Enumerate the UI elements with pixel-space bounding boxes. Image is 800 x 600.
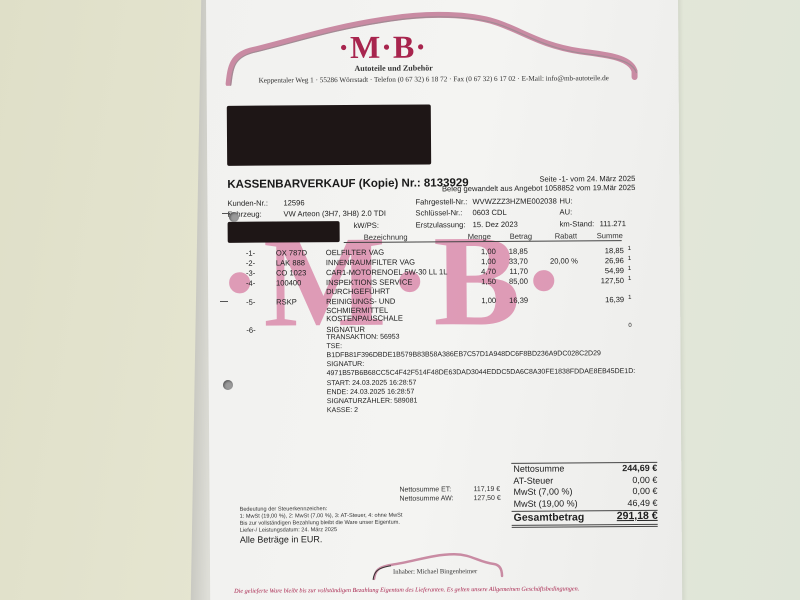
- net-et-label: Nettosumme ET:: [399, 486, 451, 493]
- net-et-value: 117,19 €: [473, 486, 500, 493]
- first-registration: 15. Dez 2023: [473, 220, 518, 229]
- row-tax-code: 1: [628, 256, 631, 262]
- row-description: OELFILTER VAG: [326, 248, 384, 257]
- net-aw-value: 127,50 €: [473, 495, 500, 502]
- grand-total-label: Gesamtbetrag: [514, 511, 585, 523]
- row-total: 54,99: [580, 266, 624, 275]
- total-value: 46,49 €: [627, 497, 657, 507]
- ownership-note: Bis zur vollständigen Bezahlung bleibt d…: [240, 520, 400, 527]
- document-title: KASSENBARVERKAUF (Kopie) Nr.: 8133929: [227, 177, 468, 191]
- row-total: 16,39: [580, 295, 624, 304]
- row-article-number: 100400: [276, 278, 301, 287]
- invoice-paper: ·M·B· Autoteile und Zubehör Keppentaler …: [206, 0, 682, 600]
- row-position: -2-: [246, 259, 255, 268]
- total-value: 244,69 €: [622, 463, 657, 473]
- delivery-date: Liefer-/ Leistungsdatum: 24. März 2025: [240, 527, 337, 534]
- row-description: INNENRAUMFILTER VAG: [326, 258, 415, 268]
- row-price: 33,70: [496, 257, 528, 266]
- grand-total-value: 291,18 €: [617, 510, 658, 522]
- row-quantity: 1,00: [466, 247, 496, 256]
- row-position: -1-: [246, 249, 255, 258]
- row-discount: 20,00 %: [538, 256, 578, 265]
- row-description: DURCHGEFÜHRT: [326, 286, 390, 295]
- row-description: SIGNATUR: [326, 324, 365, 333]
- row-description: CAR1-MOTORENOEL 5W-30 LL 1L: [326, 267, 448, 277]
- row-description: KOSTENPAUSCHALE: [326, 314, 403, 324]
- owner-name: Inhaber: Michael Bingenheimer: [393, 568, 477, 576]
- key-number-label: Schlüssel-Nr.:: [415, 208, 462, 217]
- key-number: 0603 CDL: [472, 208, 506, 217]
- customer-number: 12596: [283, 198, 304, 207]
- col-header-discount: Rabatt: [555, 231, 577, 240]
- row-article-number: LAK 888: [276, 258, 305, 267]
- grand-total-double-rule: [512, 526, 658, 528]
- signature-line: ENDE: 24.03.2025 16:28:57: [327, 388, 415, 396]
- row-tax-code: 1: [628, 246, 631, 252]
- row-position: -3-: [246, 269, 255, 278]
- signature-line: KASSE: 2: [327, 407, 358, 414]
- row-quantity: 4,70: [466, 267, 496, 276]
- row-price: 11,70: [496, 267, 528, 276]
- row-total: 26,96: [580, 256, 624, 265]
- customer-number-label: Kunden-Nr.:: [227, 199, 268, 208]
- redacted-plate: [228, 221, 340, 243]
- signature-line: TSE:: [326, 343, 342, 350]
- row-price: 85,00: [496, 277, 528, 286]
- row-quantity: 1,00: [466, 296, 496, 305]
- vin-label: Fahrgestell-Nr.:: [415, 197, 467, 206]
- row-tax-code: 1: [628, 295, 631, 301]
- row-total: 18,85: [580, 246, 624, 255]
- currency-note: Alle Beträge in EUR.: [240, 534, 323, 545]
- row-quantity: 1,00: [466, 257, 496, 266]
- signature-line: B1DFB81F396DBDE1B579B83B58A386EB7C57D1A9…: [326, 350, 600, 359]
- kwps-label: kW/PS:: [354, 221, 379, 230]
- tax-codes-heading: Bedeutung der Steuerkennzeichen:: [240, 506, 328, 513]
- redacted-customer-address: [227, 104, 431, 165]
- col-header-price: Betrag: [510, 232, 532, 241]
- hu-label: HU:: [559, 196, 572, 205]
- first-registration-label: Erstzulassung:: [416, 220, 466, 229]
- row-position: -6-: [246, 325, 255, 334]
- total-value: 0,00 €: [632, 474, 657, 484]
- row-article-number: RSKP: [276, 297, 297, 306]
- vehicle: VW Arteon (3H7, 3H8) 2.0 TDI: [283, 209, 385, 219]
- au-label: AU:: [559, 207, 572, 216]
- signature-line: SIGNATURZÄHLER: 589081: [327, 397, 418, 405]
- net-aw-label: Nettosumme AW:: [399, 495, 453, 502]
- punch-hole-bottom: [223, 380, 233, 390]
- tax-codes: 1: MwSt (19,00 %), 2: MwSt (7,00 %), 3: …: [240, 513, 403, 520]
- total-value: 0,00 €: [632, 486, 657, 496]
- col-header-description: Bezeichnung: [364, 233, 408, 242]
- total-label: AT-Steuer: [513, 475, 553, 485]
- signature-line: 4971B57B6B68CC5C4F42F514F48DE63DAD3044ED…: [327, 368, 636, 377]
- row-quantity: 1,50: [466, 277, 496, 286]
- total-label: MwSt (7,00 %): [513, 486, 572, 496]
- row-tax-code: 1: [628, 276, 631, 282]
- converted-from-offer: Beleg gewandelt aus Angebot 1058852 vom …: [442, 183, 635, 193]
- row-total: 127,50: [580, 276, 624, 285]
- col-header-total: Summe: [597, 231, 623, 240]
- total-label: MwSt (19,00 %): [514, 498, 578, 508]
- vin: WVWZZZ3HZME002038: [472, 197, 556, 207]
- row-position: -4-: [246, 279, 255, 288]
- punch-hole-top: [229, 212, 239, 222]
- footer-car-outline: [370, 550, 506, 581]
- signature-line: START: 24.03.2025 16:28:57: [327, 379, 417, 387]
- footer-legal-note: Die gelieferte Ware bleibt bis zur volls…: [234, 585, 579, 594]
- row-tax-code: 0: [628, 323, 631, 329]
- row-position: -5-: [246, 298, 255, 307]
- signature-line: SIGNATUR:: [327, 361, 365, 368]
- total-label: Nettosumme: [513, 464, 564, 474]
- fold-mark-top: [222, 213, 230, 214]
- mileage-label: km-Stand:: [560, 219, 595, 228]
- row-article-number: OX 787D: [276, 248, 307, 257]
- company-logo: ·M·B·: [338, 28, 427, 66]
- row-article-number: CO 1023: [276, 268, 306, 277]
- row-price: 18,85: [496, 247, 528, 256]
- signature-line: TRANSAKTION: 56953: [326, 333, 399, 341]
- mileage: 111.271: [600, 219, 626, 228]
- col-header-quantity: Menge: [468, 232, 491, 241]
- row-price: 16,39: [496, 296, 528, 305]
- row-tax-code: 1: [628, 266, 631, 272]
- company-tagline: Autoteile und Zubehör: [354, 63, 432, 73]
- fold-mark-middle: [220, 301, 228, 302]
